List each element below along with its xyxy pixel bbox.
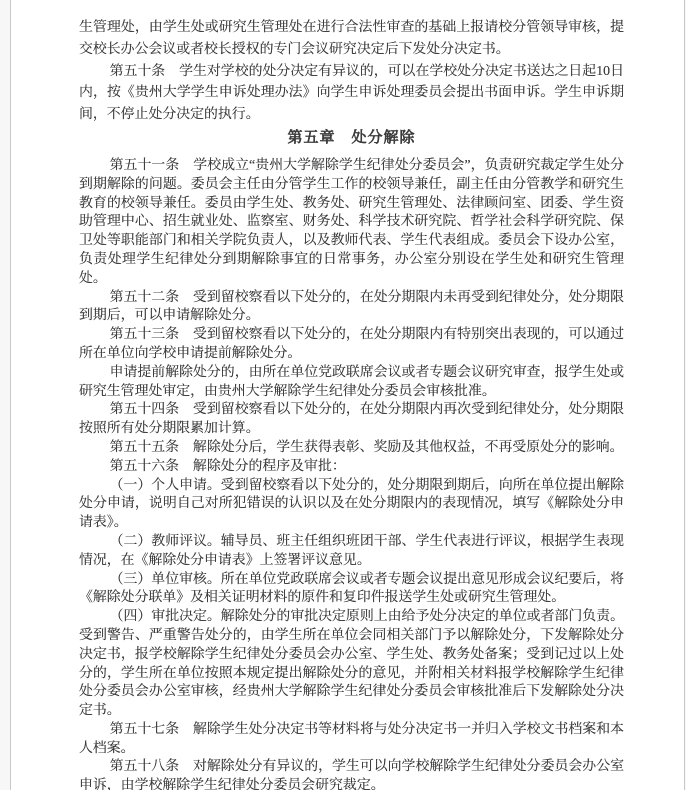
- paragraph: （一）个人申请。受到留校察看以下处分的，处分期限到期后，向所在单位提出解除处分申…: [79, 477, 624, 533]
- paragraph: 第五十二条 受到留校察看以下处分的，在处分期限内未再受到纪律处分，处分期限到期后…: [79, 289, 624, 327]
- paragraph: 第五十条 学生对学校的处分决定有异议的，可以在学校处分决定书送达之日起10日内，…: [79, 61, 624, 126]
- scan-margin-left: [0, 0, 10, 790]
- paragraph: 第五十三条 受到留校察看以下处分的，在处分期限内有特别突出表现的，可以通过所在单…: [79, 326, 624, 364]
- paragraph: 第五十六条 解除处分的程序及审批：: [79, 458, 624, 477]
- paragraph: 第五十七条 解除学生处分决定书等材料将与处分决定书一并归入学校文书档案和本人档案…: [79, 721, 624, 759]
- text-column: 生管理处，由学生处或研究生管理处在进行合法性审查的基础上报请校分管领导审核，提交…: [79, 17, 624, 790]
- paragraph: （三）单位审核。所在单位党政联席会议或者专题会议提出意见形成会议纪要后，将《解除…: [79, 571, 624, 609]
- page-right-edge-line: [684, 0, 685, 790]
- paragraph: 第五十一条 学校成立“贵州大学解除学生纪律处分委员会”，负责研究裁定学生处分到期…: [79, 157, 624, 289]
- paragraph: 第五十四条 受到留校察看以下处分的，在处分期限内再次受到纪律处分，处分期限按照所…: [79, 401, 624, 439]
- document-page: 生管理处，由学生处或研究生管理处在进行合法性审查的基础上报请校分管领导审核，提交…: [0, 0, 686, 790]
- paragraph: 第五十五条 解除处分后，学生获得表彰、奖励及其他权益，不再受原处分的影响。: [79, 439, 624, 458]
- paragraph: （二）教师评议。辅导员、班主任组织班团干部、学生代表进行评议，根据学生表现情况，…: [79, 533, 624, 571]
- paragraphs-before-heading: 生管理处，由学生处或研究生管理处在进行合法性审查的基础上报请校分管领导审核，提交…: [79, 17, 624, 126]
- paragraph: 生管理处，由学生处或研究生管理处在进行合法性审查的基础上报请校分管领导审核，提交…: [79, 17, 624, 61]
- paragraph: 申请提前解除处分的，由所在单位党政联席会议或者专题会议研究审查，报学生处或研究生…: [79, 364, 624, 402]
- paragraph: 第五十八条 对解除处分有异议的，学生可以向学校解除学生纪律处分委员会办公室申诉，…: [79, 758, 624, 790]
- paragraphs-after-heading: 第五十一条 学校成立“贵州大学解除学生纪律处分委员会”，负责研究裁定学生处分到期…: [79, 157, 624, 790]
- chapter-heading: 第五章 处分解除: [79, 128, 624, 148]
- paragraph: （四）审批决定。解除处分的审批决定原则上由给予处分决定的单位或者部门负责。受到警…: [79, 608, 624, 721]
- page-left-edge-line: [10, 0, 11, 790]
